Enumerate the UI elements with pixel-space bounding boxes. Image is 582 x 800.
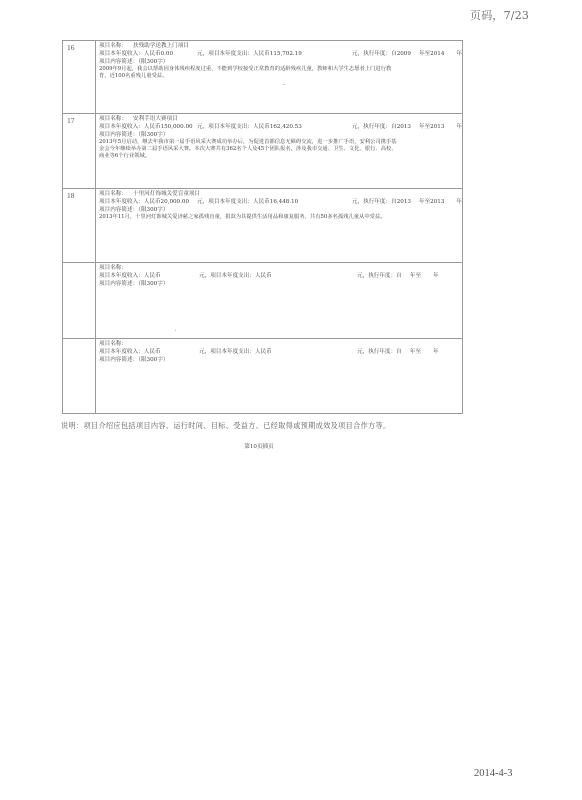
project-name-label: 项目名称： xyxy=(99,265,127,271)
expense-label: 元，项目本年度支出：人民币 xyxy=(197,51,270,57)
period-label: 元，执行年度：自 xyxy=(357,349,402,355)
period-field: 元，执行年度：自年至年 xyxy=(357,348,462,356)
period-label: 元，执行年度：自 xyxy=(352,199,397,205)
expense-value: 115,702.19 xyxy=(270,51,302,57)
expense-label: 元，项目本年度支出：人民币 xyxy=(199,349,272,355)
year-to-value: 2013 xyxy=(430,124,444,130)
summary-label-line: 项目内容简述：（限300字） xyxy=(99,280,462,288)
project-finance-line: 项目本年度收入：人民币0.00元，项目本年度支出：人民币115,702.19元，… xyxy=(99,50,462,58)
year-label: 年 xyxy=(433,273,439,279)
year-to-label: 年至 xyxy=(410,349,421,355)
project-summary: 2013年5月启动，继去年我市第一届手语风采大赛成功举办后，为促进首都信息无障碍… xyxy=(99,139,399,160)
income-field: 项目本年度收入：人民币0.00 xyxy=(99,50,197,58)
income-label: 项目本年度收入：人民币 xyxy=(99,273,161,279)
project-summary: 2009年9月起，我会以帮助因身体残疾程度过重、不能到学校接受正常教育的适龄残疾… xyxy=(99,66,399,80)
instruction-note: 说明：项目介绍应包括项目内容、运行时间、目标、受益方、已经取得或预期成效及项目合… xyxy=(61,421,390,431)
year-to-label: 年至 xyxy=(410,273,421,279)
expense-label: 元，项目本年度支出：人民币 xyxy=(197,124,270,130)
project-name-value: 扶残助学送教上门项目 xyxy=(133,43,189,49)
expense-value: 16,448.10 xyxy=(270,199,298,205)
expense-field: 元，项目本年度支出：人民币 xyxy=(199,272,357,280)
project-number: 18 xyxy=(63,189,96,263)
income-field: 项目本年度收入：人民币150,000.00 xyxy=(99,123,197,131)
income-label: 项目本年度收入：人民币 xyxy=(99,349,161,355)
year-label: 年 xyxy=(433,349,439,355)
year-to-label: 年至 xyxy=(419,124,430,130)
scan-speck xyxy=(283,84,285,85)
summary-label-line: 项目内容简述：（限300字） xyxy=(99,58,462,66)
project-name-label: 项目名称： xyxy=(99,116,127,122)
project-name-line: 项目名称：扶残助学送教上门项目 xyxy=(99,42,462,50)
project-finance-line: 项目本年度收入：人民币150,000.00元，项目本年度支出：人民币162,42… xyxy=(99,123,462,131)
income-field: 项目本年度收入：人民币 xyxy=(99,272,199,280)
income-value: 0.00 xyxy=(161,51,173,57)
project-name-line: 项目名称：十里河灯饰城关爱盲童项目 xyxy=(99,190,462,198)
period-field: 元，执行年度：自年至年 xyxy=(357,272,462,280)
project-name-label: 项目名称： xyxy=(99,341,127,347)
summary-label-line: 项目内容简述：（限300字） xyxy=(99,356,462,364)
project-summary: 2013年11月，十里河灯饰城关爱济慈之家孤残盲童，捐款为其提供生活用品和康复服… xyxy=(99,214,399,221)
project-table: 16项目名称：扶残助学送教上门项目项目本年度收入：人民币0.00元，项目本年度支… xyxy=(62,40,463,414)
project-name-line: 项目名称： xyxy=(99,264,462,272)
project-details: 项目名称：项目本年度收入：人民币元，项目本年度支出：人民币元，执行年度：自年至年… xyxy=(96,339,463,414)
project-number: 16 xyxy=(63,41,96,114)
project-row: 17项目名称：安利手语大赛项目项目本年度收入：人民币150,000.00元，项目… xyxy=(63,114,463,189)
summary-label-line: 项目内容简述：（限300字） xyxy=(99,206,462,214)
year-to-value: 2013 xyxy=(430,199,444,205)
period-field: 元，执行年度：自2013年至2013年 xyxy=(352,123,462,131)
period-label: 元，执行年度：自 xyxy=(357,273,402,279)
year-from-value: 2013 xyxy=(397,124,411,130)
project-row: 18项目名称：十里河灯饰城关爱盲童项目项目本年度收入：人民币20,000.00元… xyxy=(63,189,463,263)
project-details: 项目名称：扶残助学送教上门项目项目本年度收入：人民币0.00元，项目本年度支出：… xyxy=(96,41,463,114)
project-finance-line: 项目本年度收入：人民币元，项目本年度支出：人民币元，执行年度：自年至年 xyxy=(99,348,462,356)
project-finance-line: 项目本年度收入：人民币20,000.00元，项目本年度支出：人民币16,448.… xyxy=(99,198,462,206)
expense-field: 元，项目本年度支出：人民币16,448.10 xyxy=(197,198,352,206)
expense-label: 元，项目本年度支出：人民币 xyxy=(199,273,272,279)
project-row: 项目名称：项目本年度收入：人民币元，项目本年度支出：人民币元，执行年度：自年至年… xyxy=(63,263,463,339)
page-number: 页码，7/23 xyxy=(470,7,529,23)
project-details: 项目名称：安利手语大赛项目项目本年度收入：人民币150,000.00元，项目本年… xyxy=(96,114,463,189)
project-number xyxy=(63,263,96,339)
year-to-label: 年至 xyxy=(419,51,430,57)
project-row: 项目名称：项目本年度收入：人民币元，项目本年度支出：人民币元，执行年度：自年至年… xyxy=(63,339,463,414)
project-name-line: 项目名称： xyxy=(99,340,462,348)
income-label: 项目本年度收入：人民币 xyxy=(99,199,161,205)
year-from-value: 2013 xyxy=(397,199,411,205)
project-row: 16项目名称：扶残助学送教上门项目项目本年度收入：人民币0.00元，项目本年度支… xyxy=(63,41,463,114)
scan-speck xyxy=(175,330,176,331)
summary-label-line: 项目内容简述：（限300字） xyxy=(99,131,462,139)
income-label: 项目本年度收入：人民币 xyxy=(99,124,161,130)
project-name-label: 项目名称： xyxy=(99,191,127,197)
year-label: 年 xyxy=(456,51,462,57)
period-label: 元，执行年度：自 xyxy=(352,51,397,57)
expense-field: 元，项目本年度支出：人民币115,702.19 xyxy=(197,50,352,58)
project-details: 项目名称：十里河灯饰城关爱盲童项目项目本年度收入：人民币20,000.00元，项… xyxy=(96,189,463,263)
project-number: 17 xyxy=(63,114,96,189)
project-name-line: 项目名称：安利手语大赛项目 xyxy=(99,115,462,123)
expense-field: 元，项目本年度支出：人民币 xyxy=(199,348,357,356)
project-finance-line: 项目本年度收入：人民币元，项目本年度支出：人民币元，执行年度：自年至年 xyxy=(99,272,462,280)
income-value: 150,000.00 xyxy=(161,124,193,130)
project-name-label: 项目名称： xyxy=(99,43,127,49)
expense-label: 元，项目本年度支出：人民币 xyxy=(197,199,270,205)
year-label: 年 xyxy=(456,124,462,130)
print-date: 2014-4-3 xyxy=(474,768,513,779)
year-to-value: 2014 xyxy=(430,51,444,57)
period-field: 元，执行年度：自2013年至2013年 xyxy=(352,198,462,206)
income-label: 项目本年度收入：人民币 xyxy=(99,51,161,57)
project-name-value: 安利手语大赛项目 xyxy=(133,116,178,122)
income-field: 项目本年度收入：人民币20,000.00 xyxy=(99,198,197,206)
period-label: 元，执行年度：自 xyxy=(352,124,397,130)
project-name-value: 十里河灯饰城关爱盲童项目 xyxy=(133,191,200,197)
period-field: 元，执行年度：自2009年至2014年 xyxy=(352,50,462,58)
insert-page-label: 第10页插页 xyxy=(0,442,518,450)
expense-value: 162,420.53 xyxy=(270,124,302,130)
year-from-value: 2009 xyxy=(397,51,411,57)
project-details: 项目名称：项目本年度收入：人民币元，项目本年度支出：人民币元，执行年度：自年至年… xyxy=(96,263,463,339)
project-number xyxy=(63,339,96,414)
year-to-label: 年至 xyxy=(419,199,430,205)
income-field: 项目本年度收入：人民币 xyxy=(99,348,199,356)
year-label: 年 xyxy=(456,199,462,205)
income-value: 20,000.00 xyxy=(161,199,189,205)
expense-field: 元，项目本年度支出：人民币162,420.53 xyxy=(197,123,352,131)
